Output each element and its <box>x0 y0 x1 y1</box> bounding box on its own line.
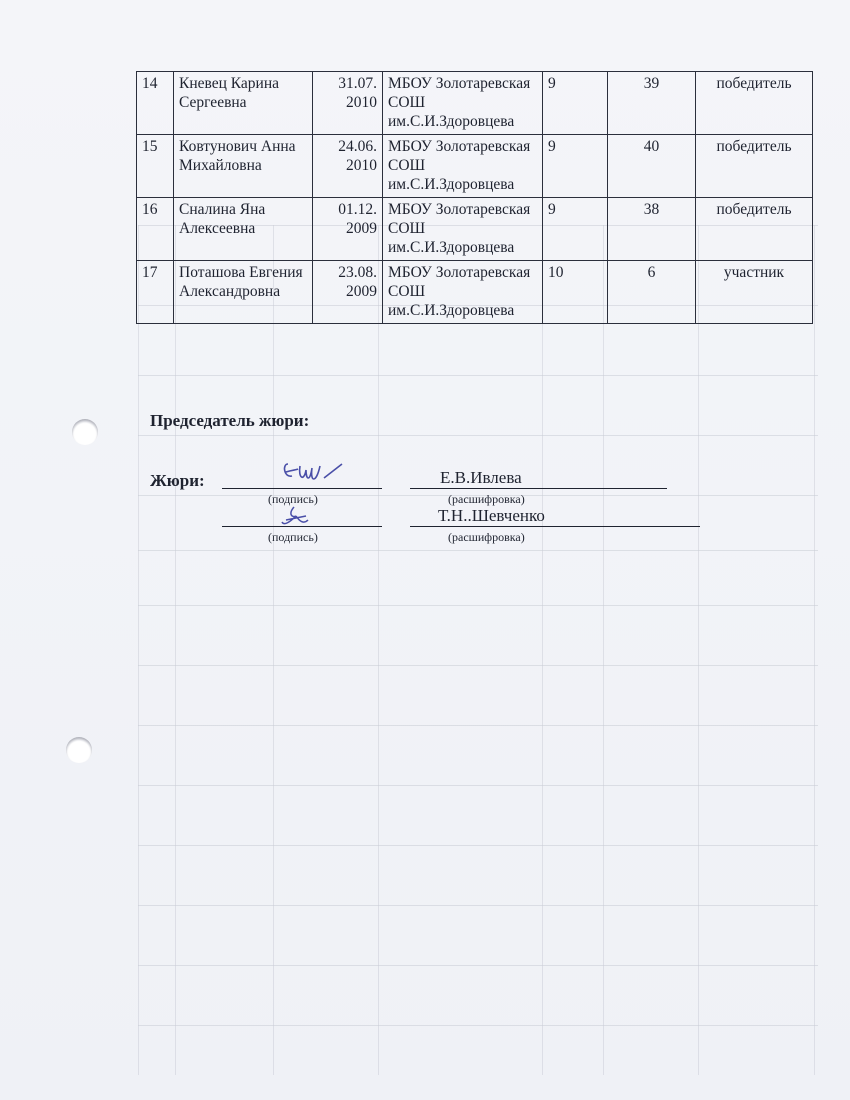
handwritten-signature-icon <box>280 456 350 490</box>
participant-name: Кневец Карина Сергеевна <box>174 72 313 135</box>
document-page: 14 Кневец Карина Сергеевна 31.07. 2010 М… <box>0 0 850 1100</box>
jury-member-name: Е.В.Ивлева <box>440 468 522 488</box>
grade: 9 <box>543 135 608 198</box>
handwritten-signature-icon <box>278 504 312 530</box>
table-row: 17 Поташова Евгения Александровна 23.08.… <box>137 261 813 324</box>
grade: 9 <box>543 198 608 261</box>
status: победитель <box>696 198 813 261</box>
status: участник <box>696 261 813 324</box>
row-number: 15 <box>137 135 174 198</box>
punch-hole <box>72 419 98 445</box>
birth-date: 31.07. 2010 <box>313 72 383 135</box>
birth-date: 24.06. 2010 <box>313 135 383 198</box>
row-number: 16 <box>137 198 174 261</box>
table-row: 14 Кневец Карина Сергеевна 31.07. 2010 М… <box>137 72 813 135</box>
jury-label: Жюри: <box>150 471 205 491</box>
table-row: 16 Сналина Яна Алексеевна 01.12. 2009 МБ… <box>137 198 813 261</box>
school: МБОУ Золотаревская СОШ им.С.И.Здоровцева <box>383 261 543 324</box>
score: 6 <box>608 261 696 324</box>
birth-date: 01.12. 2009 <box>313 198 383 261</box>
results-table: 14 Кневец Карина Сергеевна 31.07. 2010 М… <box>136 71 813 324</box>
status: победитель <box>696 135 813 198</box>
participant-name: Ковтунович Анна Михайловна <box>174 135 313 198</box>
participant-name: Поташова Евгения Александровна <box>174 261 313 324</box>
birth-date: 23.08. 2009 <box>313 261 383 324</box>
row-number: 17 <box>137 261 174 324</box>
score: 38 <box>608 198 696 261</box>
table-row: 15 Ковтунович Анна Михайловна 24.06. 201… <box>137 135 813 198</box>
score: 40 <box>608 135 696 198</box>
school: МБОУ Золотаревская СОШ им.С.И.Здоровцева <box>383 72 543 135</box>
participant-name: Сналина Яна Алексеевна <box>174 198 313 261</box>
signature-caption: (подпись) <box>268 530 318 545</box>
grade: 9 <box>543 72 608 135</box>
punch-hole <box>66 737 92 763</box>
jury-chair-label: Председатель жюри: <box>150 411 309 431</box>
bleed-through-grid <box>138 225 818 1075</box>
school: МБОУ Золотаревская СОШ им.С.И.Здоровцева <box>383 198 543 261</box>
name-caption: (расшифровка) <box>448 492 525 507</box>
school: МБОУ Золотаревская СОШ им.С.И.Здоровцева <box>383 135 543 198</box>
name-line <box>410 488 667 489</box>
score: 39 <box>608 72 696 135</box>
name-line <box>410 526 700 527</box>
status: победитель <box>696 72 813 135</box>
name-caption: (расшифровка) <box>448 530 525 545</box>
row-number: 14 <box>137 72 174 135</box>
jury-member-name: Т.Н..Шевченко <box>438 506 545 526</box>
grade: 10 <box>543 261 608 324</box>
